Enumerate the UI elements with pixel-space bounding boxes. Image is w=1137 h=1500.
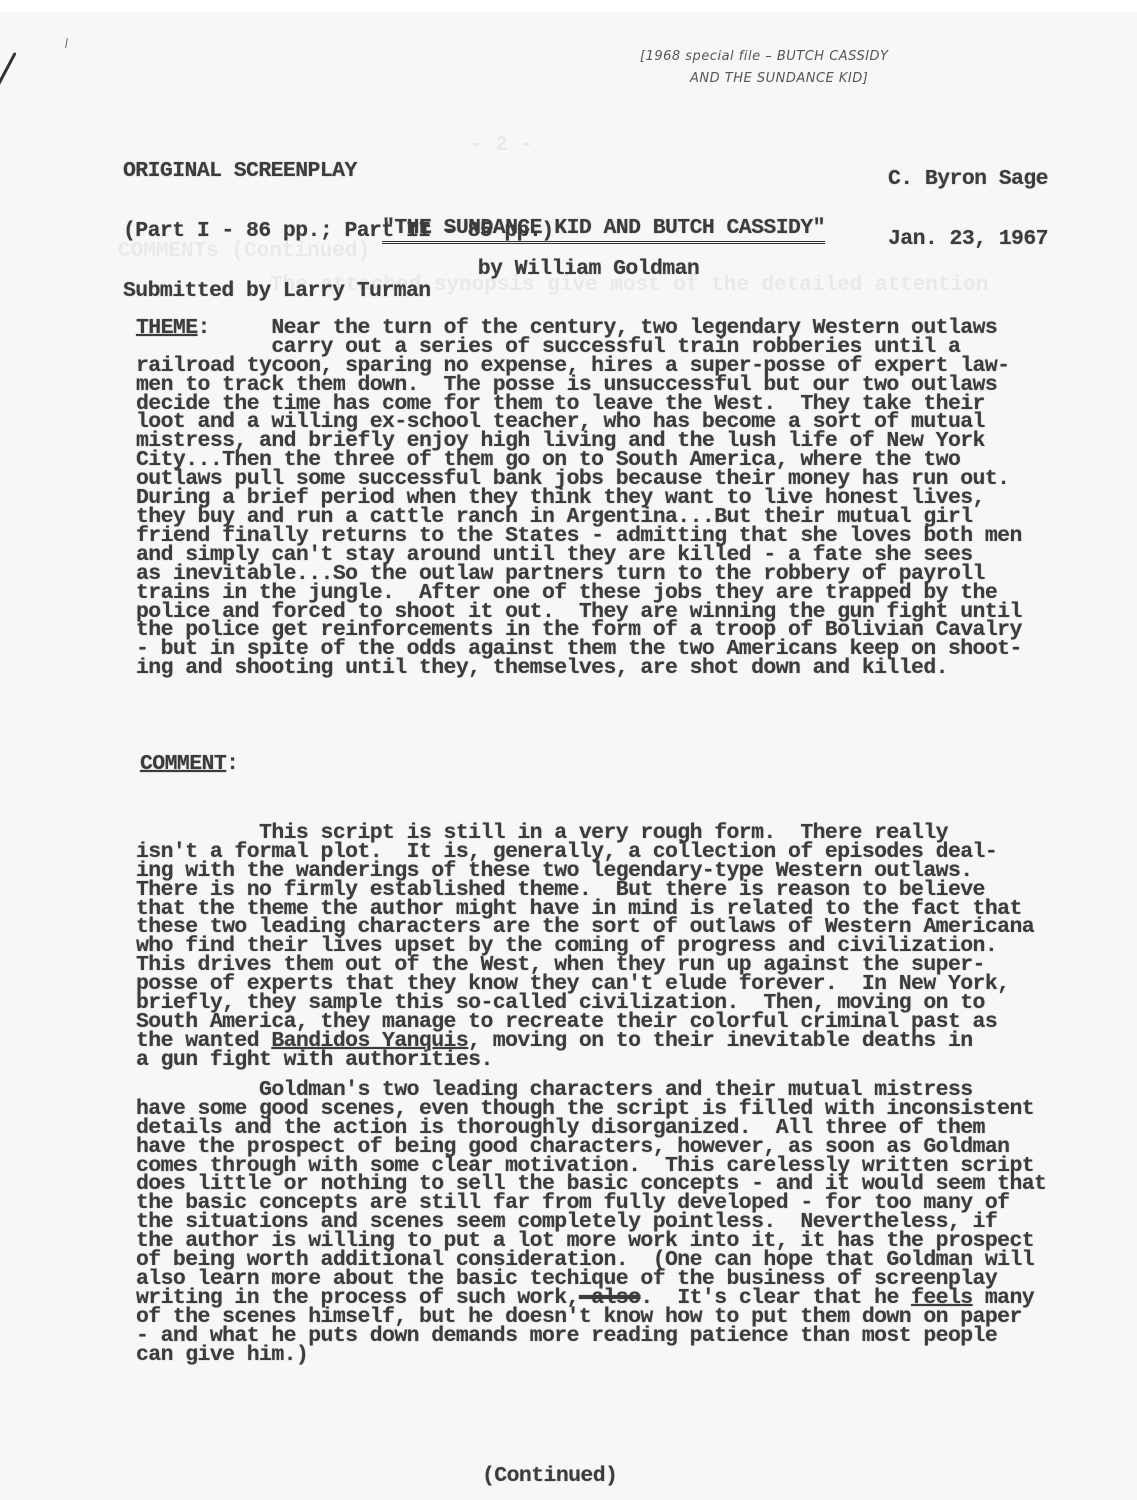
- document-page: - 2 - COMMENTs (Continued) The attached …: [0, 12, 1137, 1500]
- screenplay-title: "THE SUNDANCE KID AND BUTCH CASSIDY": [0, 217, 1137, 239]
- pen-mark-icon: [0, 52, 17, 106]
- byline: by William Goldman: [0, 257, 1137, 281]
- theme-line: ing and shooting until they, themselves,…: [136, 659, 1136, 678]
- comment-paragraph-2: Goldman's two leading characters and the…: [136, 1062, 1136, 1402]
- annotation-line-2: AND THE SUNDANCE KID]: [640, 68, 889, 90]
- title-text: "THE SUNDANCE KID AND BUTCH CASSIDY": [382, 216, 825, 244]
- theme-section: THEME: Near the turn of the century, two…: [136, 300, 1136, 716]
- comment-line: can give him.): [136, 1346, 1136, 1365]
- header-line: Submitted by Larry Turman: [123, 281, 554, 301]
- continued-footer: (Continued): [482, 1464, 617, 1488]
- pen-tick-icon: [65, 38, 68, 48]
- reader-name: C. Byron Sage: [888, 169, 1048, 189]
- annotation-line-1: [1968 special file – BUTCH CASSIDY: [640, 46, 889, 68]
- comment-heading: COMMENT:: [140, 752, 238, 776]
- handwritten-annotation: [1968 special file – BUTCH CASSIDY AND T…: [640, 46, 889, 90]
- comment-label: COMMENT: [140, 752, 226, 776]
- header-line: ORIGINAL SCREENPLAY: [123, 161, 554, 181]
